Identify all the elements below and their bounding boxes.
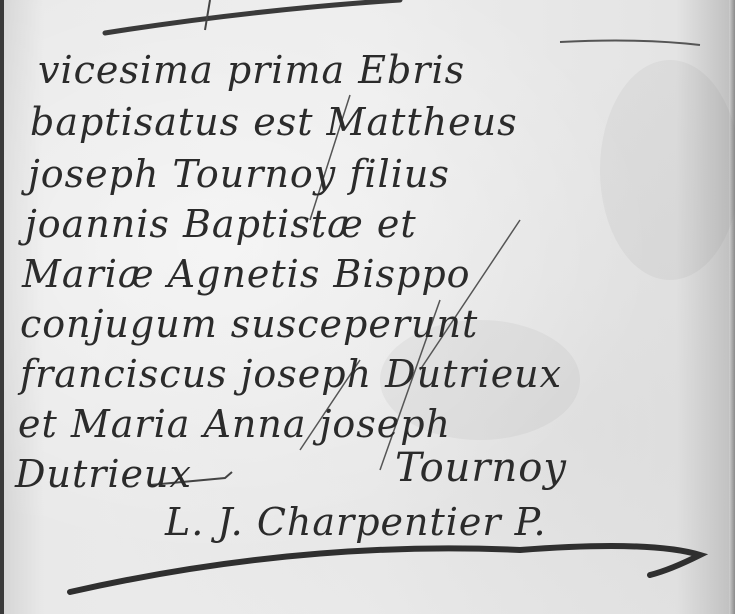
signature-tournoy: Tournoy <box>395 445 567 491</box>
text-line-4: joannis Baptistæ et <box>25 202 417 246</box>
text-line-2: baptisatus est Mattheus <box>30 100 518 144</box>
text-line-7: franciscus joseph Dutrieux <box>20 352 562 396</box>
text-line-3: joseph Tournoy filius <box>28 152 450 196</box>
signature-priest: L. J. Charpentier P. <box>165 500 547 544</box>
text-line-6: conjugum susceperunt <box>20 302 478 346</box>
text-line-1: vicesima prima Ebris <box>38 48 465 92</box>
register-page: vicesima prima Ebris baptisatus est Matt… <box>0 0 735 614</box>
text-line-9: Dutrieux <box>15 452 192 496</box>
text-line-5: Mariæ Agnetis Bisppo <box>22 252 471 296</box>
text-line-8: et Maria Anna joseph <box>18 402 451 446</box>
